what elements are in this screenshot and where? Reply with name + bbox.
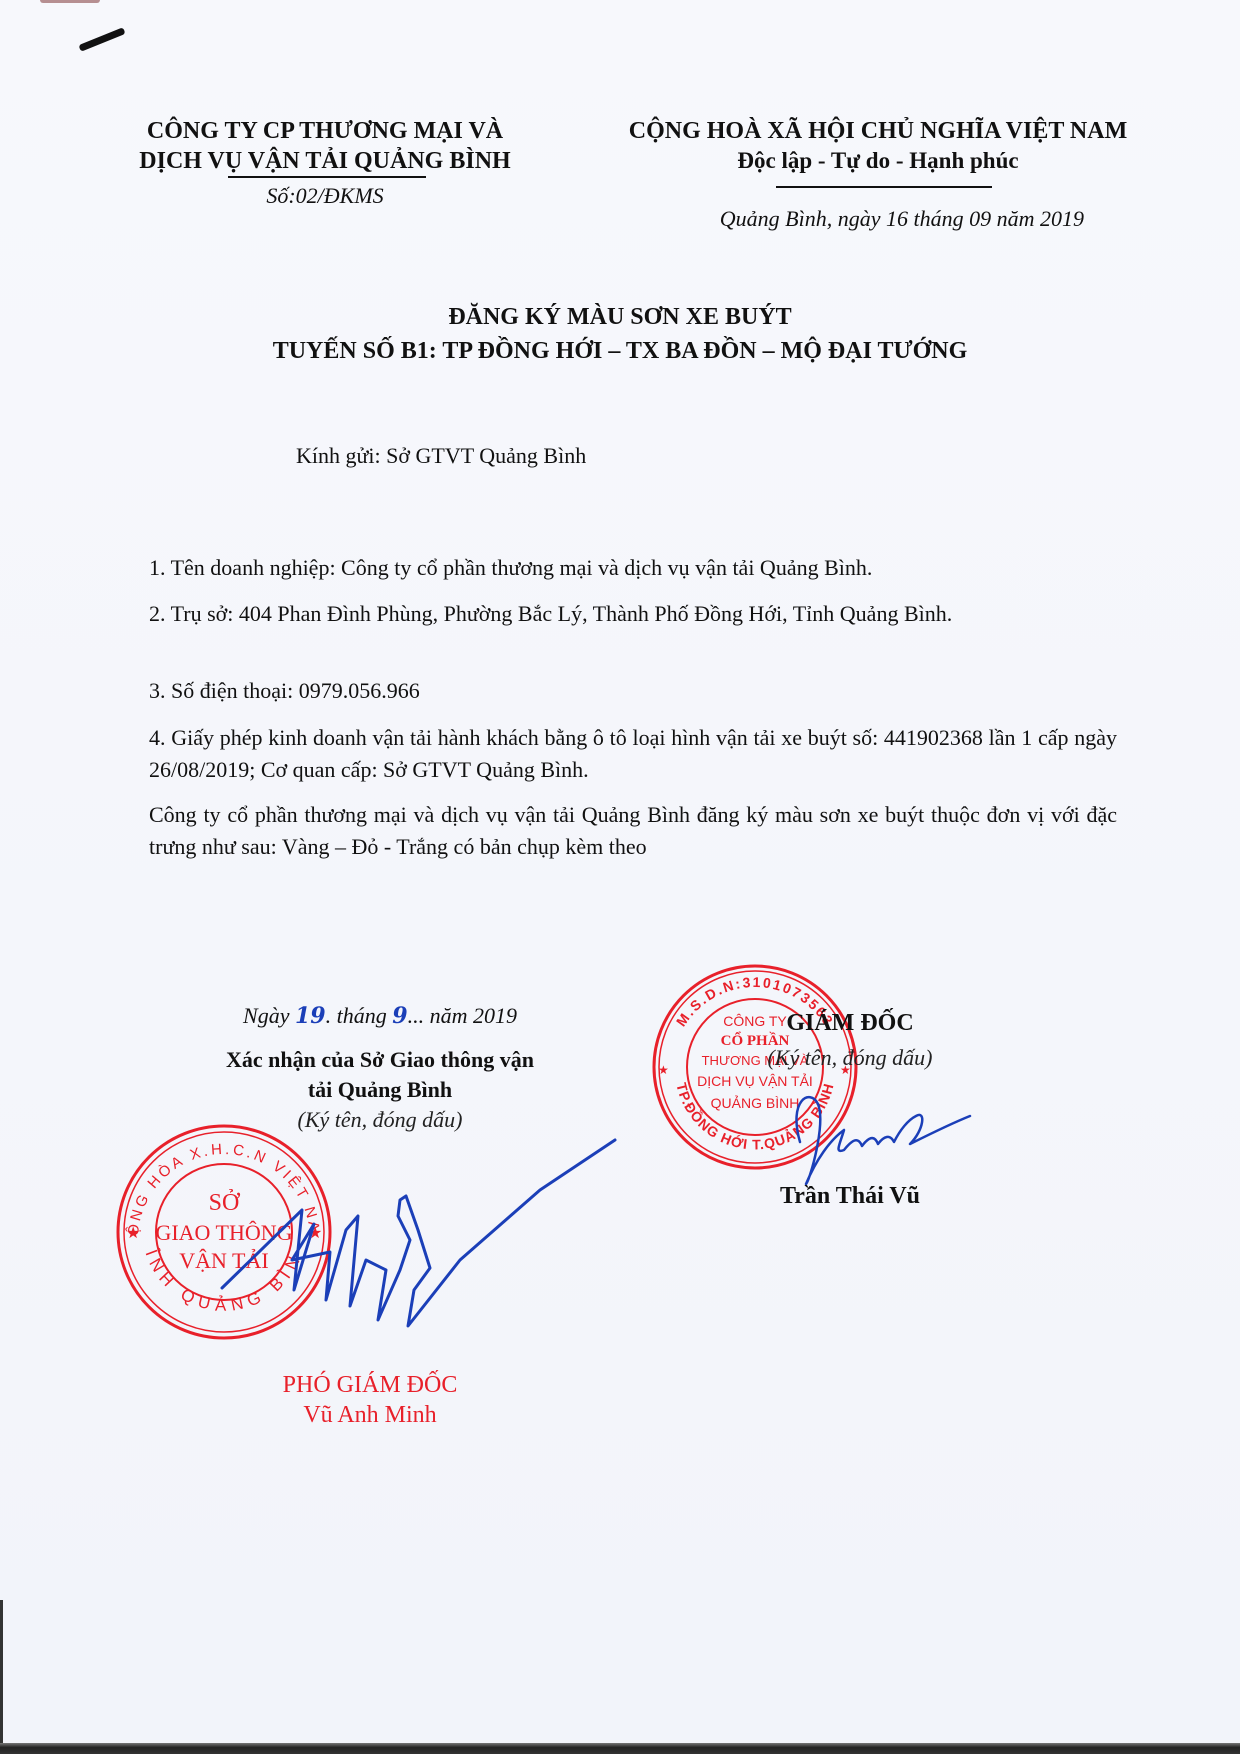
scan-edge-artifact — [40, 0, 100, 3]
director-sign-note: (Ký tên, đóng dấu) — [700, 1045, 1000, 1071]
director-signature — [770, 1080, 990, 1190]
date-suffix: ... năm 2019 — [408, 1003, 517, 1028]
organization-line2: DỊCH VỤ VẬN TẢI QUẢNG BÌNH — [110, 146, 540, 176]
scan-bottom-edge — [0, 1743, 1240, 1754]
organization-line1: CÔNG TY CP THƯƠNG MẠI VÀ — [110, 116, 540, 146]
date-middle: . tháng — [326, 1003, 393, 1028]
body-item-4: 4. Giấy phép kinh doanh vận tải hành khá… — [149, 722, 1117, 786]
scan-edge-artifact — [0, 1600, 3, 1754]
pen-mark — [78, 27, 125, 51]
organization-name: CÔNG TY CP THƯƠNG MẠI VÀ DỊCH VỤ VẬN TẢI… — [110, 116, 540, 176]
body-item-2: 2. Trụ sở: 404 Phan Đình Phùng, Phường B… — [149, 598, 1117, 630]
document-page: CÔNG TY CP THƯƠNG MẠI VÀ DỊCH VỤ VẬN TẢI… — [0, 0, 1240, 1754]
handwritten-day: 19 — [295, 1003, 326, 1029]
confirmation-line2: tải Quảng Bình — [140, 1075, 620, 1105]
confirmation-date: Ngày 19. tháng 9... năm 2019 — [140, 1003, 620, 1029]
recipient: Kính gửi: Sở GTVT Quảng Bình — [296, 442, 586, 470]
handwritten-month: 9 — [392, 1003, 407, 1029]
place-date: Quảng Bình, ngày 16 tháng 09 năm 2019 — [620, 206, 1160, 232]
date-prefix: Ngày — [243, 1003, 295, 1028]
nation-divider — [776, 186, 992, 188]
svg-text:★: ★ — [658, 1063, 669, 1077]
deputy-director-name: Vũ Anh Minh — [220, 1400, 520, 1430]
deputy-director-title: PHÓ GIÁM ĐỐC — [220, 1370, 520, 1400]
document-title: ĐĂNG KÝ MÀU SƠN XE BUÝT — [150, 302, 1090, 332]
body-statement: Công ty cổ phần thương mại và dịch vụ vậ… — [149, 799, 1117, 863]
document-number: Số:02/ĐKMS — [110, 182, 540, 210]
director-name: Trần Thái Vũ — [700, 1183, 1000, 1210]
organization-divider — [228, 176, 426, 178]
document-subtitle: TUYẾN SỐ B1: TP ĐỒNG HỚI – TX BA ĐỒN – M… — [150, 336, 1090, 366]
body-item-3: 3. Số điện thoại: 0979.056.966 — [149, 675, 1117, 707]
confirmation-heading: Xác nhận của Sở Giao thông vận tải Quảng… — [140, 1045, 620, 1105]
director-title: GIÁM ĐỐC — [700, 1010, 1000, 1037]
svg-text:★: ★ — [126, 1225, 140, 1242]
confirmation-line1: Xác nhận của Sở Giao thông vận — [140, 1045, 620, 1075]
body-item-1: 1. Tên doanh nghiệp: Công ty cổ phần thư… — [149, 552, 1117, 584]
deputy-director-signature — [210, 1120, 630, 1320]
nation-motto: Độc lập - Tự do - Hạnh phúc — [578, 146, 1178, 176]
nation-name: CỘNG HOÀ XÃ HỘI CHỦ NGHĨA VIỆT NAM — [578, 116, 1178, 146]
